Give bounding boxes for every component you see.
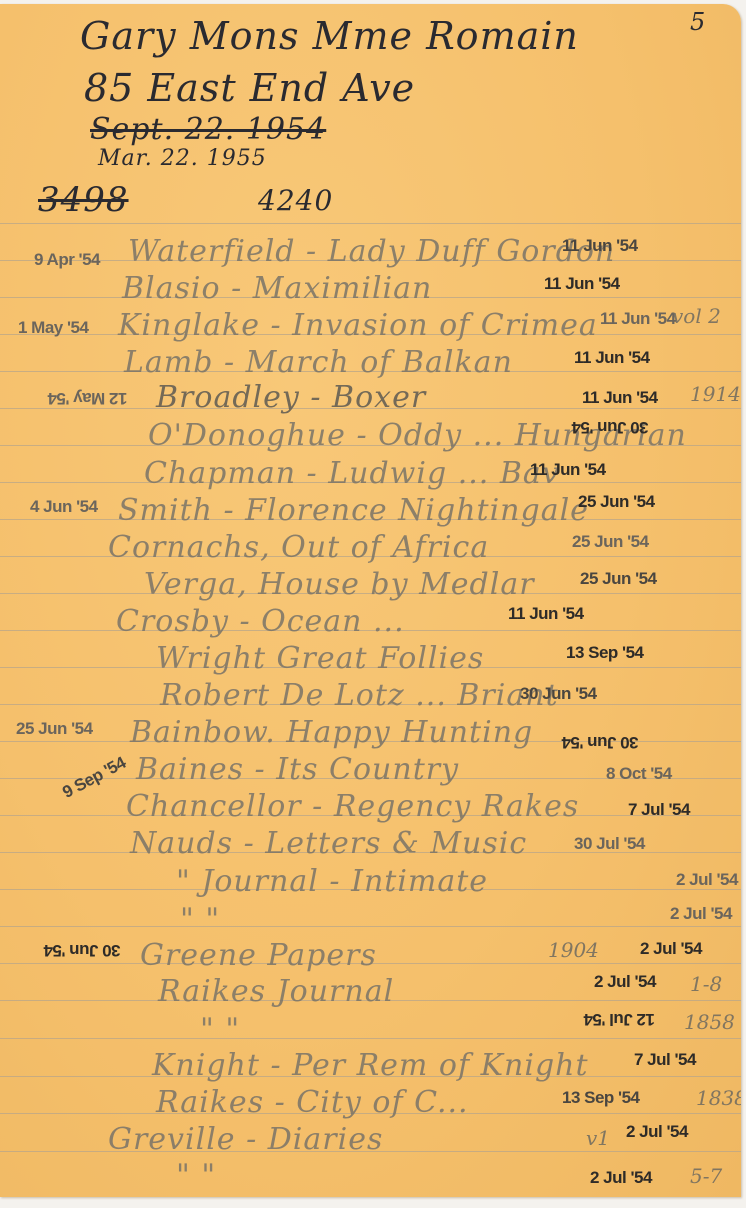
return-date-stamp: 13 Sep '54 <box>566 643 644 663</box>
margin-note: vol 2 <box>672 304 721 328</box>
book-entry: Chancellor - Regency Rakes <box>126 789 579 824</box>
book-entry: " " <box>200 1012 240 1047</box>
borrower-name: Gary Mons Mme Romain <box>80 14 579 58</box>
left-date-stamp-inverted: 30 Jun '54 <box>44 940 121 960</box>
left-date-stamp: 25 Jun '54 <box>16 719 93 739</box>
return-date-stamp: 11 Jun '54 <box>582 388 658 408</box>
return-date-stamp: 30 Jun '54 <box>520 684 597 704</box>
margin-note: 1838 <box>696 1086 741 1110</box>
book-entry: Bainbow. Happy Hunting <box>130 715 533 750</box>
book-entry: Waterfield - Lady Duff Gordon <box>128 234 615 269</box>
card-number-current: 4240 <box>258 184 333 217</box>
return-date-stamp: 2 Jul '54 <box>594 972 656 992</box>
return-date-stamp: 2 Jul '54 <box>676 870 738 890</box>
book-entry: Nauds - Letters & Music <box>130 826 527 861</box>
margin-note: v1 <box>586 1126 610 1150</box>
margin-note: 1-8 <box>690 972 722 996</box>
return-date-stamp: 25 Jun '54 <box>580 569 657 589</box>
return-date-stamp: 11 Jun '54 <box>508 604 584 624</box>
return-date-stamp: 2 Jul '54 <box>640 939 702 959</box>
return-date-stamp: 30 Jul '54 <box>574 834 645 854</box>
return-date-stamp: 7 Jul '54 <box>628 800 690 820</box>
ruled-line <box>0 926 741 927</box>
return-date-stamp: 11 Jun '54 <box>544 274 620 294</box>
card-number-struck: 3498 <box>38 180 129 220</box>
left-date-stamp: 4 Jun '54 <box>30 497 98 517</box>
book-entry: Raikes Journal <box>158 974 394 1009</box>
borrower-address: 85 East End Ave <box>84 66 415 110</box>
return-date-stamp: 11 Jun '54 <box>530 460 606 480</box>
return-date-stamp: 2 Jul '54 <box>670 904 732 924</box>
book-entry: " " <box>180 902 220 937</box>
book-entry: Kinglake - Invasion of Crimea <box>118 308 598 343</box>
margin-note: 1914 <box>690 382 741 406</box>
return-date-stamp: 8 Oct '54 <box>606 764 672 784</box>
return-date-stamp: 11 Jun '54 <box>600 309 676 329</box>
book-entry: Chapman - Ludwig ... Bav <box>144 456 560 491</box>
return-date-stamp: 25 Jun '54 <box>572 532 649 552</box>
return-date-stamp-inverted: 12 Jul '54 <box>584 1009 655 1029</box>
return-date-stamp: 2 Jul '54 <box>626 1122 688 1142</box>
book-entry: Greville - Diaries <box>108 1122 383 1157</box>
book-entry: Lamb - March of Balkan <box>124 345 513 380</box>
date-current: Mar. 22. 1955 <box>98 146 267 171</box>
ruled-line <box>0 1038 741 1039</box>
left-date-stamp-inverted: 12 May '54 <box>48 388 127 408</box>
book-entry: Wright Great Follies <box>156 641 484 676</box>
margin-note: 1858 <box>684 1010 735 1034</box>
book-entry: Broadley - Boxer <box>156 380 426 415</box>
return-date-stamp-inverted: 30 Jun '54 <box>562 732 639 752</box>
book-entry: " " <box>176 1158 216 1193</box>
page-number: 5 <box>690 8 706 36</box>
left-date-stamp: 1 May '54 <box>18 318 88 338</box>
return-date-stamp: 13 Sep '54 <box>562 1088 640 1108</box>
book-entry: " Journal - Intimate <box>176 864 488 899</box>
return-date-stamp: 11 Jun '54 <box>562 236 638 256</box>
book-entry: Blasio - Maximilian <box>122 271 432 306</box>
book-entry: Raikes - City of C... <box>156 1085 469 1120</box>
return-date-stamp: 11 Jun '54 <box>574 348 650 368</box>
return-date-stamp: 7 Jul '54 <box>634 1050 696 1070</box>
book-entry: Greene Papers <box>140 938 377 973</box>
left-date-stamp: 9 Apr '54 <box>34 250 100 270</box>
book-entry: Robert De Lotz ... Briant <box>160 678 559 713</box>
book-entry: Baines - Its Country <box>136 752 459 787</box>
book-entry: Cornachs, Out of Africa <box>108 530 489 565</box>
book-entry: Smith - Florence Nightingale <box>118 493 589 528</box>
return-date-stamp-inverted: 30 Jun '54 <box>572 417 649 437</box>
ruled-line <box>0 223 741 224</box>
library-index-card: Gary Mons Mme Romain 5 85 East End Ave S… <box>0 4 741 1197</box>
book-entry: Crosby - Ocean ... <box>116 604 405 639</box>
margin-note: 5-7 <box>690 1164 722 1188</box>
book-entry: Knight - Per Rem of Knight <box>152 1048 589 1083</box>
margin-note: 1904 <box>548 938 599 962</box>
book-entry: Verga, House by Medlar <box>144 567 535 602</box>
return-date-stamp: 25 Jun '54 <box>578 492 655 512</box>
date-struck: Sept. 22. 1954 <box>90 112 326 147</box>
return-date-stamp: 2 Jul '54 <box>590 1168 652 1188</box>
